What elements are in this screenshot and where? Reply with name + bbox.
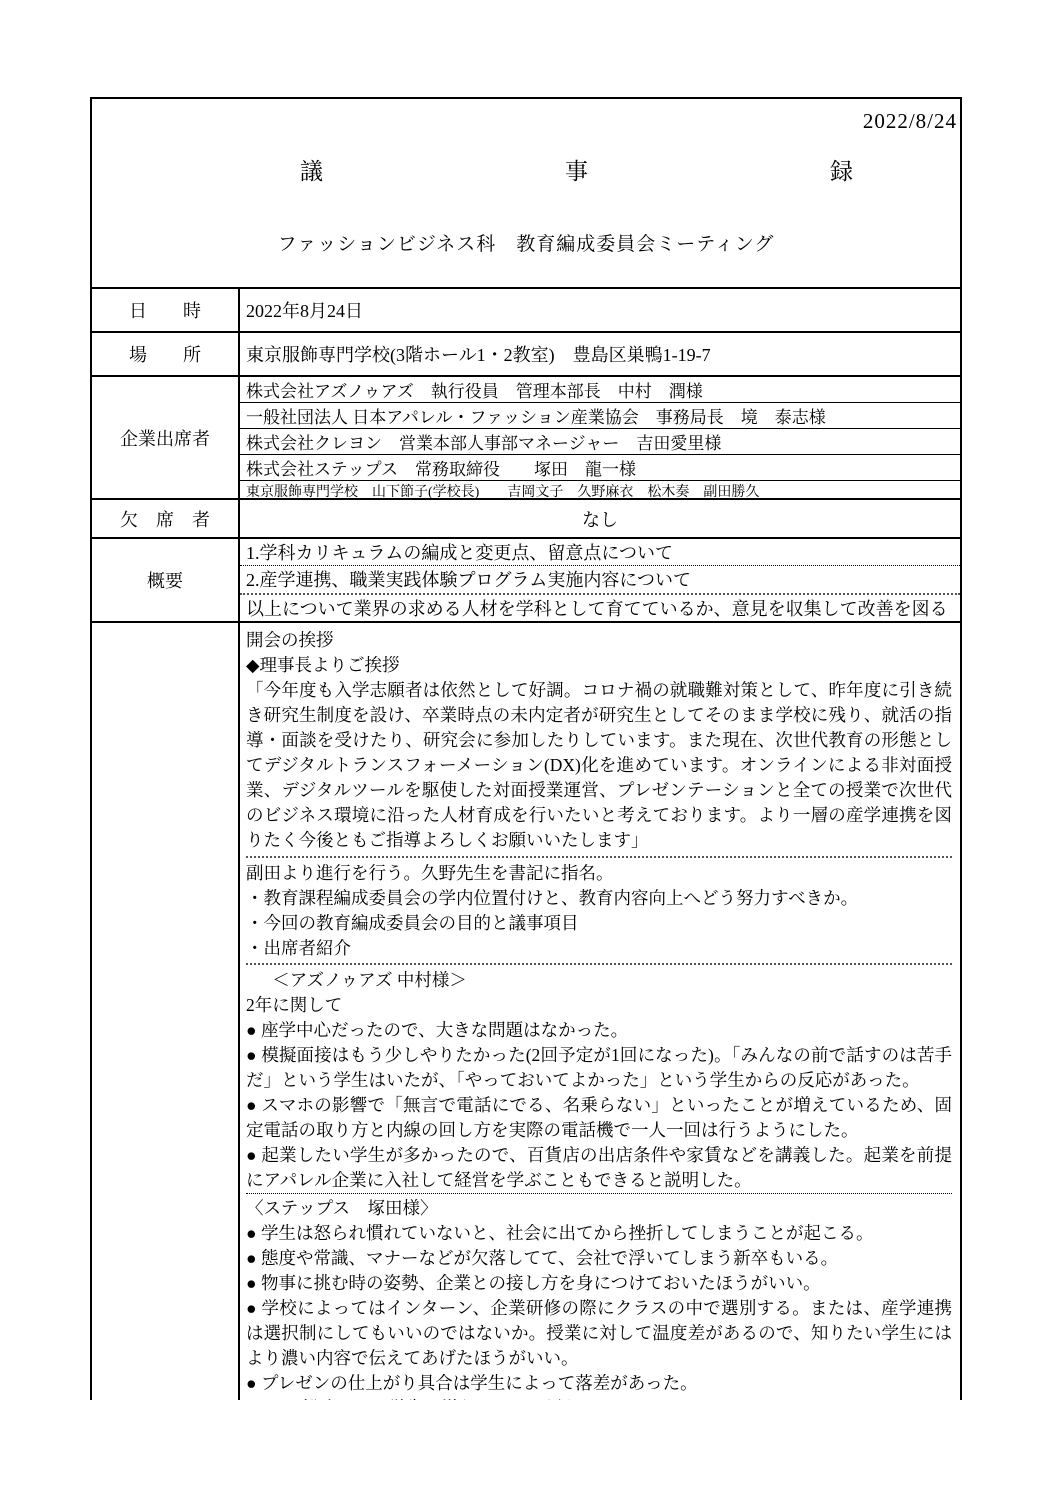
overview-item: 1.学科カリキュラムの編成と変更点、留意点について xyxy=(240,539,960,565)
overview-list: 1.学科カリキュラムの編成と変更点、留意点について 2.産学連携、職業実践体験プ… xyxy=(240,539,960,621)
location-label: 場 所 xyxy=(92,333,240,375)
facilitation-item: ・出席者紹介 xyxy=(246,936,952,961)
opening-speech: 「今年度も入学志願者は依然として好調。コロナ禍の就職難対策として、昨年度に引き続… xyxy=(246,678,952,853)
attendees-label: 企業出席者 xyxy=(92,377,240,498)
asknowas-heading: ＜アズノゥアズ 中村様＞ xyxy=(246,968,952,993)
title-cell: 2022/8/24 議事録 ファッションビジネス科 教育編成委員会ミーティング xyxy=(92,99,960,287)
datetime-label: 日 時 xyxy=(92,289,240,331)
steps-block: 〈ステップス 塚田様〉 ● 学生は怒られ慣れていないと、社会に出てから挫折してし… xyxy=(246,1194,952,1400)
overview-item: 以上について業界の求める人材を学科として育てているか、意見を収集して改善を図る xyxy=(240,593,960,621)
row-minutes-body: 開会の挨拶 ◆理事長よりご挨拶 「今年度も入学志願者は依然として好調。コロナ禍の… xyxy=(92,621,960,1400)
asknowas-subheading: 2年に関して xyxy=(246,993,952,1018)
attendee-row: 株式会社ステップス 常務取締役 塚田 龍一様 xyxy=(240,454,960,480)
attendee-row: 株式会社クレヨン 営業本部人事部マネージャー 吉田愛里様 xyxy=(240,428,960,454)
row-datetime: 日 時 2022年8月24日 xyxy=(92,287,960,331)
opening-subheading: ◆理事長よりご挨拶 xyxy=(246,653,952,678)
facilitation-intro: 副田より進行を行う。久野先生を書記に指名。 xyxy=(246,861,952,886)
steps-bullet: ● プレゼンの仕上がり具合は学生によって落差があった。 xyxy=(246,1371,952,1396)
location-value: 東京服飾専門学校(3階ホール1・2教室) 豊島区巣鴨1-19-7 xyxy=(240,333,960,375)
asknowas-block: ＜アズノゥアズ 中村様＞ 2年に関して ● 座学中心だったので、大きな問題はなか… xyxy=(246,965,952,1193)
steps-bullet: ● ECに興味がある学生は増えていると思う xyxy=(246,1396,952,1400)
row-attendees: 企業出席者 株式会社アズノゥアズ 執行役員 管理本部長 中村 潤様 一般社団法人… xyxy=(92,375,960,498)
facilitation-block: 副田より進行を行う。久野先生を書記に指名。 ・教育課程編成委員会の学内位置付けと… xyxy=(246,858,952,963)
steps-bullet: ● 物事に挑む時の姿勢、企業との接し方を身につけておいたほうがいい。 xyxy=(246,1271,952,1296)
absentees-label: 欠 席 者 xyxy=(92,500,240,537)
attendees-list: 株式会社アズノゥアズ 執行役員 管理本部長 中村 潤様 一般社団法人 日本アパレ… xyxy=(240,377,960,498)
attendee-row-school-staff: 東京服飾専門学校 山下節子(学校長) 吉岡文子 久野麻衣 松木奏 副田勝久 xyxy=(240,480,960,501)
asknowas-bullet: ● 起業したい学生が多かったので、百貨店の出店条件や家賃などを講義した。起業を前… xyxy=(246,1143,952,1193)
facilitation-item: ・教育課程編成委員会の学内位置付けと、教育内容向上へどう努力すべきか。 xyxy=(246,886,952,911)
minutes-body: 開会の挨拶 ◆理事長よりご挨拶 「今年度も入学志願者は依然として好調。コロナ禍の… xyxy=(240,623,960,1400)
absentees-value: なし xyxy=(240,500,960,537)
row-overview: 概要 1.学科カリキュラムの編成と変更点、留意点について 2.産学連携、職業実践… xyxy=(92,537,960,621)
asknowas-bullet: ● 模擬面接はもう少しやりたかった(2回予定が1回になった)。「みんなの前で話す… xyxy=(246,1043,952,1093)
steps-bullet: ● 学生は怒られ慣れていないと、社会に出てから挫折してしまうことが起こる。 xyxy=(246,1221,952,1246)
document-subtitle: ファッションビジネス科 教育編成委員会ミーティング xyxy=(92,229,960,256)
overview-item: 2.産学連携、職業実践体験プログラム実施内容について xyxy=(240,565,960,592)
steps-bullet: ● 態度や常識、マナーなどが欠落してて、会社で浮いてしまう新卒もいる。 xyxy=(246,1246,952,1271)
facilitation-item: ・今回の教育編成委員会の目的と議事項目 xyxy=(246,911,952,936)
document-page: { "header": { "date": "2022/8/24", "titl… xyxy=(0,0,1058,1497)
document-title: 議事録 xyxy=(300,157,960,187)
overview-label: 概要 xyxy=(92,539,240,621)
datetime-value: 2022年8月24日 xyxy=(240,289,960,331)
opening-heading: 開会の挨拶 xyxy=(246,628,952,653)
row-location: 場 所 東京服飾専門学校(3階ホール1・2教室) 豊島区巣鴨1-19-7 xyxy=(92,331,960,375)
minutes-table: 2022/8/24 議事録 ファッションビジネス科 教育編成委員会ミーティング … xyxy=(90,97,962,1400)
asknowas-bullet: ● スマホの影響で「無言で電話にでる、名乗らない」といったことが増えているため、… xyxy=(246,1093,952,1143)
steps-heading: 〈ステップス 塚田様〉 xyxy=(246,1196,952,1221)
steps-bullet: ● 学校によってはインターン、企業研修の際にクラスの中で選別する。または、産学連… xyxy=(246,1296,952,1371)
minutes-body-label-spacer xyxy=(92,623,240,1400)
document-date: 2022/8/24 xyxy=(92,99,960,134)
asknowas-bullet: ● 座学中心だったので、大きな問題はなかった。 xyxy=(246,1018,952,1043)
row-absentees: 欠 席 者 なし xyxy=(92,498,960,537)
opening-block: 開会の挨拶 ◆理事長よりご挨拶 「今年度も入学志願者は依然として好調。コロナ禍の… xyxy=(246,623,952,856)
attendee-row: 株式会社アズノゥアズ 執行役員 管理本部長 中村 潤様 xyxy=(240,377,960,402)
attendee-row: 一般社団法人 日本アパレル・ファッション産業協会 事務局長 境 泰志様 xyxy=(240,402,960,428)
